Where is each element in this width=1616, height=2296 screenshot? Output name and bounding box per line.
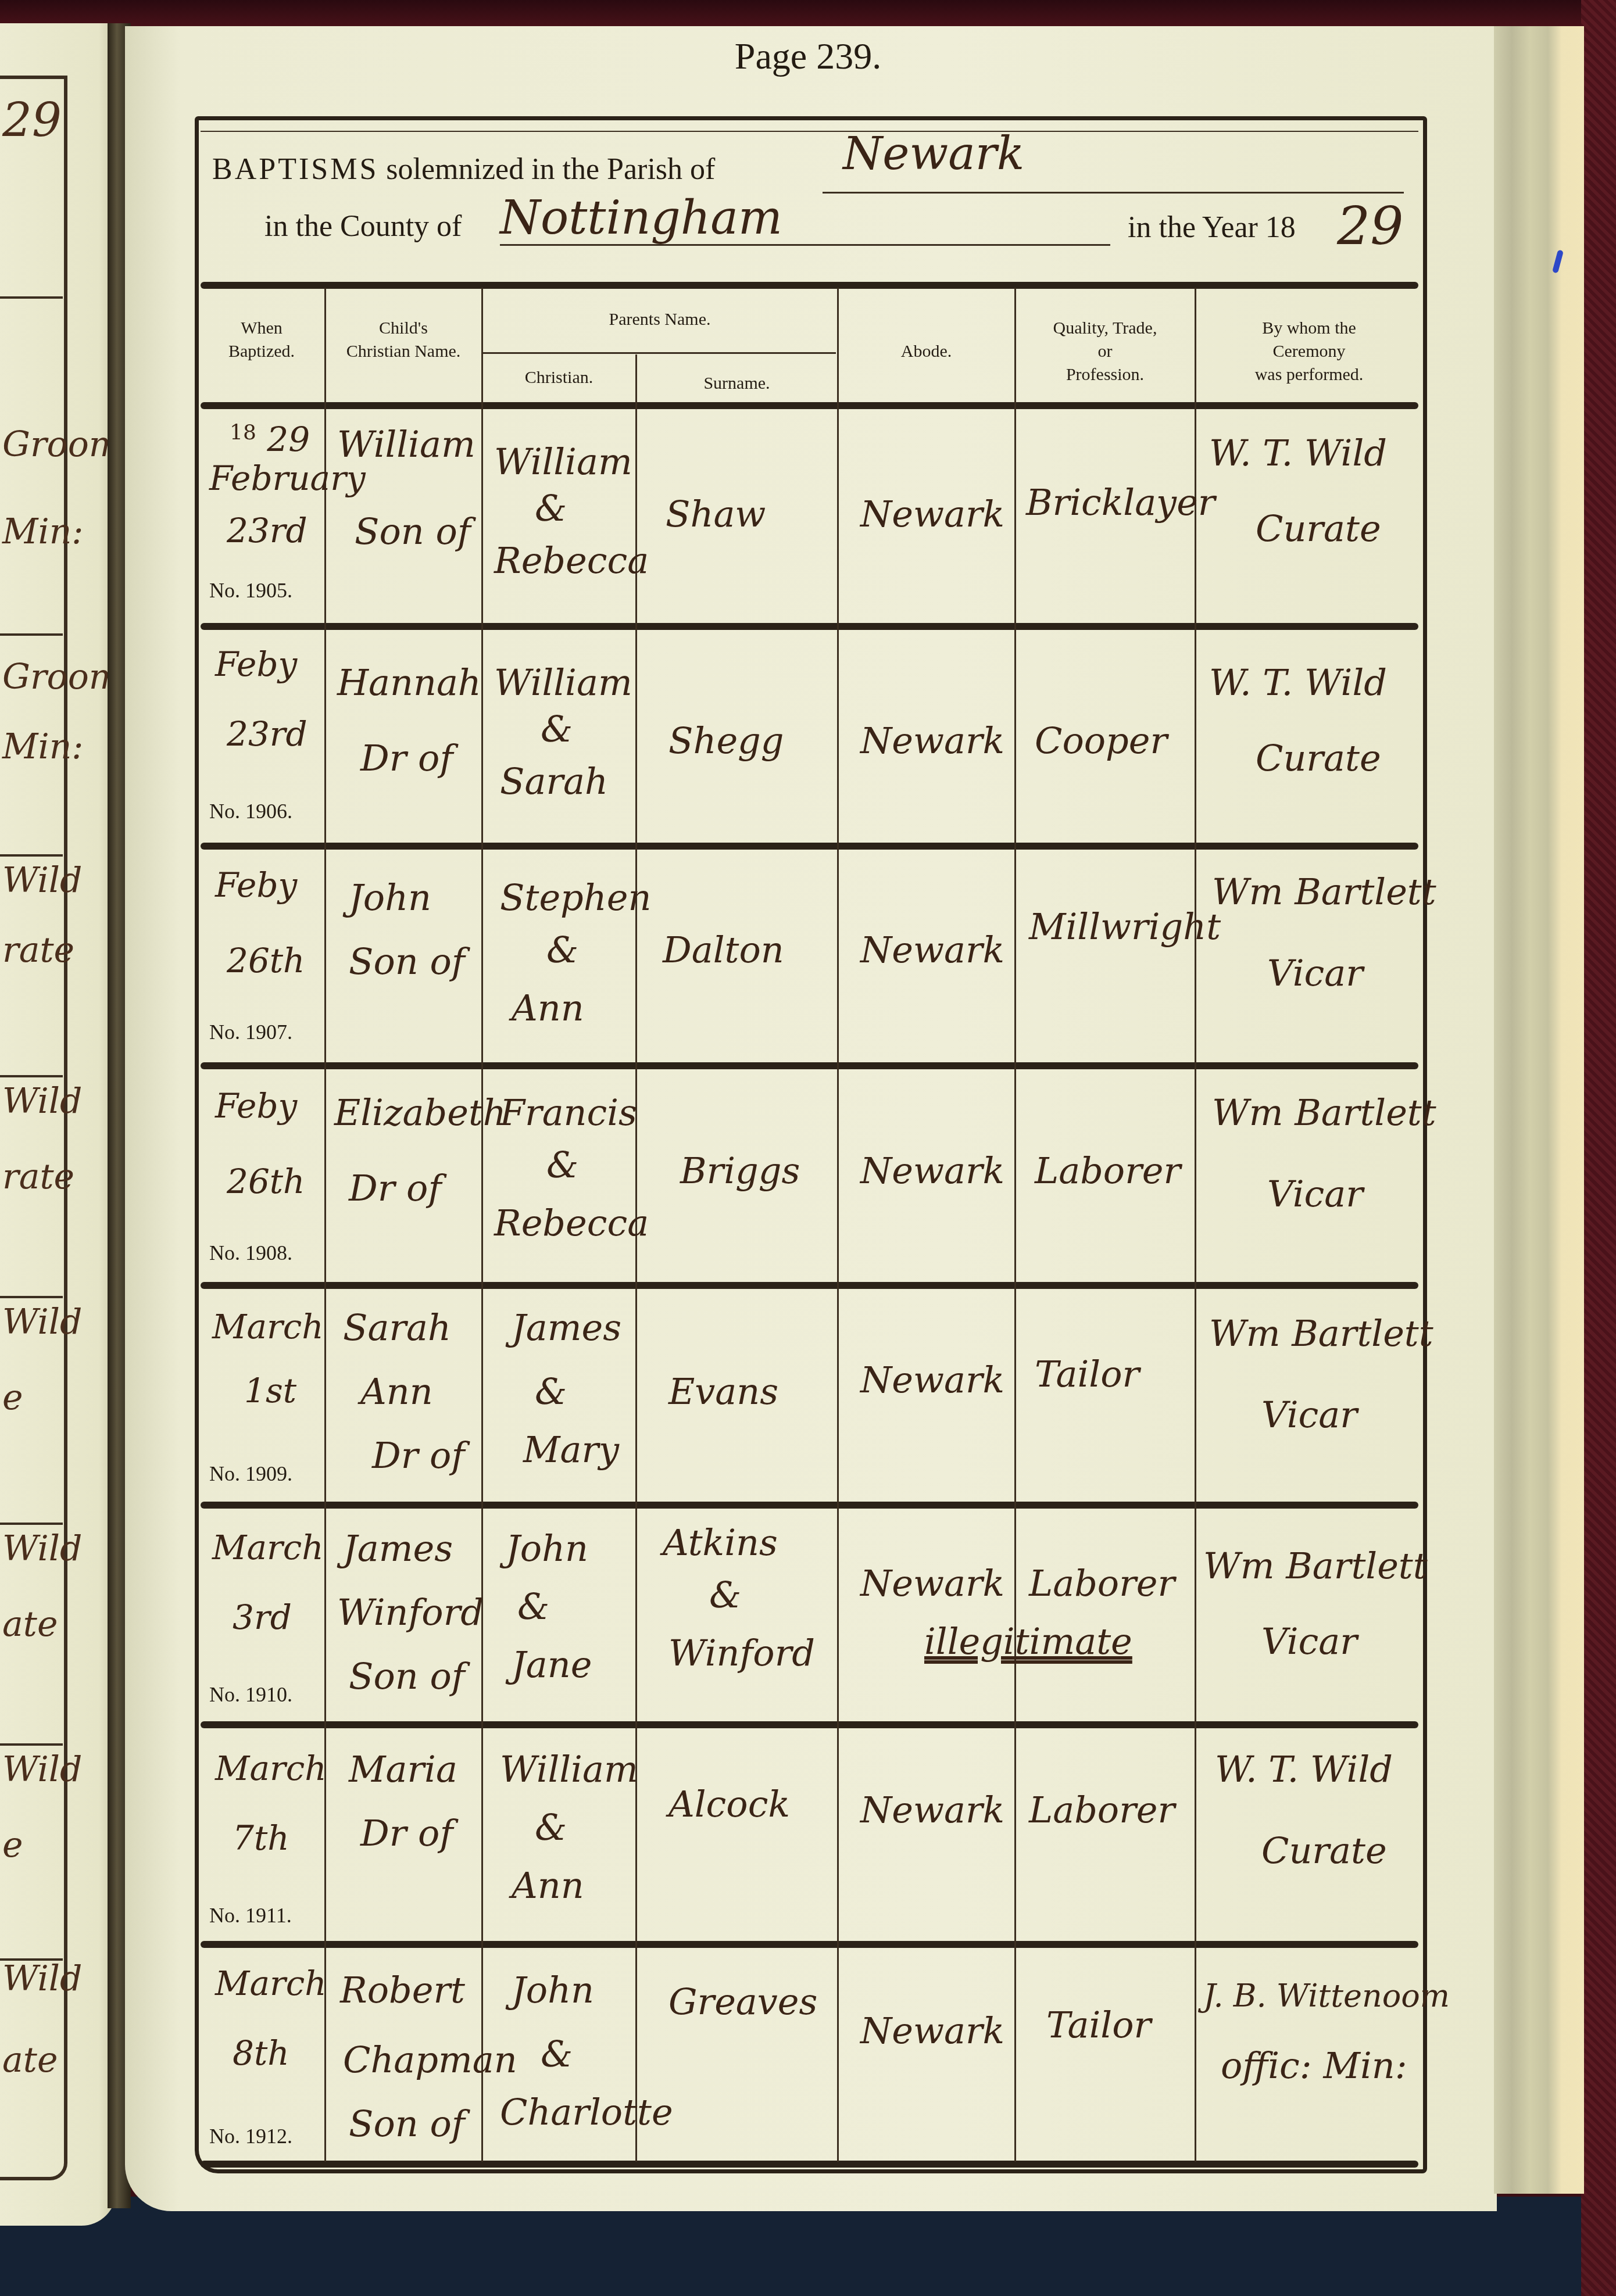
minister-name: Wm Bartlett [1203,1546,1428,1586]
left-rule [0,1743,63,1746]
surname: Briggs [680,1151,800,1191]
left-snippet: rate [2,1156,74,1197]
abode: Newark [860,1563,1004,1604]
col-divider [1195,288,1196,2162]
header-parents-surname: Surname. [637,372,837,395]
entry-number: No. 1906. [209,799,292,823]
quality: Cooper [1035,721,1167,761]
header-parents-christian: Christian. [482,366,635,389]
year-suffix: 29 [267,420,310,459]
date-day: 26th [227,941,305,980]
minister-title: offic: Min: [1221,2046,1407,2086]
date-month: Feby [215,1087,297,1125]
date-month: March [215,1964,327,2003]
minister-name: Wm Bartlett [1212,872,1436,912]
parish-fill-line [823,192,1404,194]
header-when-line: When [201,317,323,340]
date-day: 1st [244,1371,296,1410]
left-snippet: rate [2,930,74,970]
quality: Laborer [1029,1563,1175,1604]
parent-mother: Charlotte [500,2092,673,2133]
parent-father: William [494,662,632,703]
child-name: John [349,877,431,918]
parent-and: & [541,2034,573,2075]
parent-mother: Jane [512,1645,592,1685]
surname: Atkins [663,1523,778,1563]
page-title: Page 239. [0,35,1616,78]
parish-value: Newark [843,134,1024,174]
frame-inner-line [201,131,1418,132]
parent-mother: Rebecca [494,540,649,581]
left-year-suffix: 29 [2,93,62,147]
child-relation: Dr of [360,1813,453,1854]
abode: Newark [860,1360,1004,1400]
parent-mother: Sarah [500,761,608,802]
header-parents: Parents Name. [482,308,837,331]
left-snippet: Wild [2,1528,82,1569]
entry-number: No. 1912. [209,2124,292,2148]
year-value: 29 [1337,206,1404,247]
header-abode: Abode. [838,340,1014,363]
minister-title: Curate [1256,508,1381,549]
child-name-middle: Ann [360,1371,433,1412]
heading-line-2: in the County of [264,209,462,243]
parent-father: John [506,1528,588,1569]
parent-mother: Rebecca [494,1203,649,1244]
entry-number: No. 1910. [209,1682,292,1707]
child-relation: Dr of [360,738,453,779]
left-rule [0,1075,63,1077]
quality: Tailor [1035,1354,1139,1395]
parent-father: James [512,1308,621,1348]
abode: Newark [860,721,1004,761]
parent-and: & [535,1807,567,1848]
child-name: Maria [349,1749,457,1790]
parent-father: John [512,1970,594,2011]
child-name-middle: Chapman [343,2040,517,2080]
header-child-line: Child's [326,317,481,340]
parent-father: William [500,1749,638,1790]
child-relation: Dr of [349,1168,441,1209]
left-snippet: Wild [2,1749,82,1790]
header-when-line: Baptized. [201,340,323,363]
col-divider [324,288,326,2162]
quality: Laborer [1029,1790,1175,1831]
minister-name: W. T. Wild [1209,433,1387,474]
entry-number: No. 1909. [209,1462,292,1486]
left-snippet: Wild [2,1081,82,1122]
rule-header-top [201,282,1418,289]
quality: Laborer [1035,1151,1181,1191]
year-label: in the Year 18 [1128,210,1296,245]
abode: Newark [860,494,1004,535]
child-name: Elizabeth [334,1093,506,1133]
left-snippet: Wild [2,1302,82,1342]
parent-and: & [517,1586,549,1627]
minister-name: J. B. Wittenoom [1203,1976,1450,2016]
child-relation: Son of [355,511,471,552]
rule-row [201,623,1418,630]
abode: Newark [860,2011,1004,2051]
left-rule [0,296,63,299]
minister-name: W. T. Wild [1215,1749,1393,1790]
header-quality: Quality, Trade, or Profession. [1016,317,1195,386]
parent-mother: Mary [523,1430,619,1470]
surname: Greaves [668,1982,817,2022]
legitimacy-note: illegitimate [924,1621,1132,1662]
child-relation: Dr of [372,1435,464,1476]
col-divider [837,288,839,2162]
county-fill-line [500,244,1110,246]
date-day: 23rd [227,511,308,550]
header-quality-line: Profession. [1016,363,1195,386]
child-name-middle: Winford [337,1592,484,1633]
child-name: Robert [340,1970,465,2011]
col-divider [635,354,637,2162]
rule-row [201,1062,1418,1069]
header-when: When Baptized. [201,317,323,363]
abode: Newark [860,1790,1004,1831]
left-snippet: e [2,1377,23,1418]
left-snippet: Min: [2,511,83,552]
quality: Millwright [1029,907,1221,947]
child-name: Sarah [343,1308,451,1348]
parent-and: & [546,930,578,970]
child-name: William [337,424,475,465]
entry-number: No. 1905. [209,578,292,603]
date-month: March [212,1528,324,1567]
surname: Dalton [663,930,784,970]
minister-title: Curate [1261,1831,1387,1871]
left-snippet: ate [2,1604,58,1645]
header-child: Child's Christian Name. [326,317,481,363]
date-month: Feby [215,866,297,904]
left-snippet: Min: [2,726,83,767]
rule-row [201,1721,1418,1728]
date-month: March [212,1308,324,1346]
minister-title: Vicar [1267,953,1363,994]
child-relation: Son of [349,941,465,982]
rule-row [201,1282,1418,1289]
parent-father: Francis [500,1093,637,1133]
surname: Shegg [668,721,784,761]
header-minister: By whom the Ceremony was performed. [1196,317,1422,386]
minister-title: Vicar [1261,1621,1357,1662]
header-quality-line: Quality, Trade, [1016,317,1195,340]
book-cover-right [1581,0,1616,2296]
header-child-line: Christian Name. [326,340,481,363]
left-rule [0,633,63,636]
date-year: 18 29 [230,414,310,459]
book-cover-top [0,0,1616,29]
minister-name: W. T. Wild [1209,662,1387,703]
left-snippet: Wild [2,860,82,901]
rule-row [201,1941,1418,1948]
left-snippet: ate [2,2040,58,2080]
heading-caps: BAPTISMS [212,153,378,186]
minister-name: Wm Bartlett [1212,1093,1436,1133]
header-minister-line: By whom the [1196,317,1422,340]
left-snippet: Groom [2,424,122,465]
date-day: 23rd [227,715,308,753]
minister-title: Curate [1256,738,1381,779]
parent-and: & [546,1145,578,1185]
rule-table-bottom [201,2161,1418,2168]
left-snippet: e [2,1825,23,1865]
parent-and: & [535,488,567,529]
child-relation: Son of [349,1656,465,1697]
date-day: 7th [233,1819,289,1857]
header-minister-line: Ceremony [1196,340,1422,363]
parent-and: & [541,709,573,750]
quality: Bricklayer [1026,482,1215,523]
col-divider [481,288,483,2162]
left-rule [0,1523,63,1525]
parent-father: William [494,442,632,482]
quality: Tailor [1046,2005,1151,2046]
rule-row [201,843,1418,850]
left-snippet: Groom [2,657,122,697]
date-day: 26th [227,1162,305,1201]
rule-row [201,1502,1418,1509]
entry-number: No. 1908. [209,1241,292,1265]
child-name: James [343,1528,453,1569]
surname: Shaw [666,494,766,535]
background-surface [0,2197,1616,2296]
surname-alt: Winford [668,1633,815,1674]
col-divider [1014,288,1016,2162]
left-rule [0,854,63,857]
date-month: March [215,1749,327,1788]
left-snippet: Wild [2,1958,82,1999]
parent-mother: Ann [512,988,584,1029]
minister-title: Vicar [1261,1395,1357,1435]
child-relation: Son of [349,2104,465,2144]
heading-line-1: BAPTISMS solemnized in the Parish of [212,152,715,187]
surname-and: & [709,1575,741,1616]
parent-and: & [535,1371,567,1412]
county-value: Nottingham [500,198,782,238]
date-day: 3rd [233,1598,292,1636]
date-day: 8th [233,2034,289,2072]
parent-mother: Ann [512,1865,584,1906]
date-month: Feby [215,645,297,683]
minister-title: Vicar [1267,1174,1363,1215]
left-page: 29 Groom Min: Groom Min: Wild rate Wild … [0,23,116,2226]
child-name: Hannah [337,662,481,703]
surname: Alcock [668,1784,790,1825]
entry-number: No. 1911. [209,1903,292,1928]
heading-text: solemnized in the Parish of [386,153,715,186]
surname: Evans [668,1371,778,1412]
entry-number: No. 1907. [209,1020,292,1044]
abode: Newark [860,1151,1004,1191]
year-prefix: 18 [230,421,256,445]
rule-header-bottom [201,402,1418,409]
page-edges [1494,26,1584,2194]
header-minister-line: was performed. [1196,363,1422,386]
parent-father: Stephen [500,877,651,918]
abode: Newark [860,930,1004,970]
left-rule [0,1296,63,1298]
minister-name: Wm Bartlett [1209,1313,1433,1354]
header-quality-line: or [1016,340,1195,363]
parents-subheader-line [482,352,836,354]
